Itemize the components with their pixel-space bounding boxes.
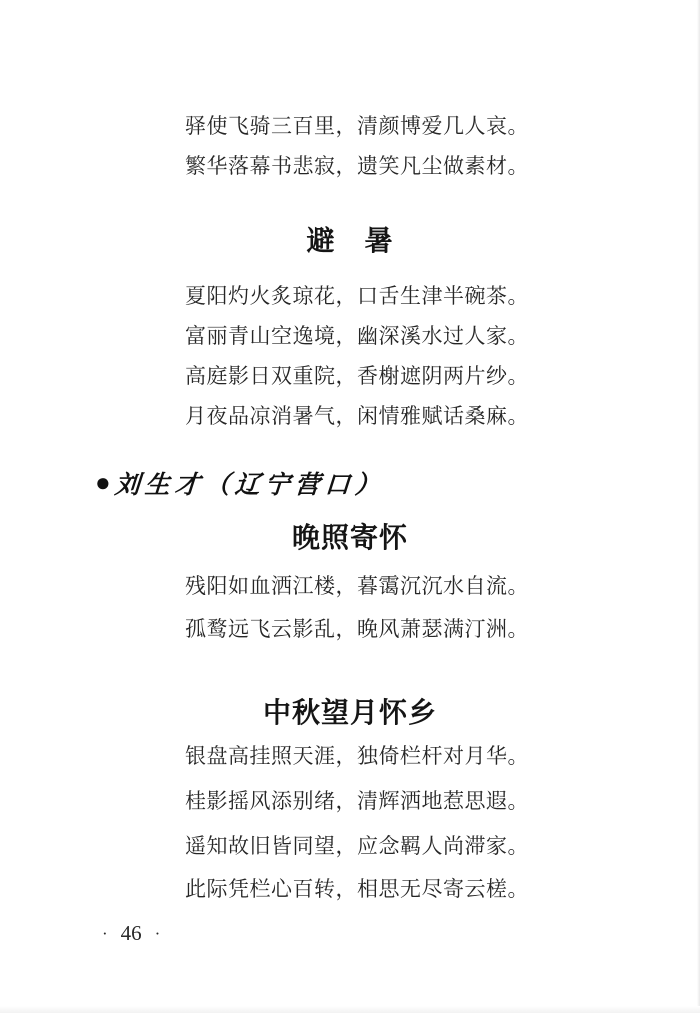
poem-line: 残阳如血洒江楼，暮霭沉沉水自流。 — [185, 572, 529, 600]
page-number: 46 — [121, 921, 142, 946]
poem-line: 月夜品凉消暑气，闲情雅赋话桑麻。 — [185, 402, 529, 430]
poem-title-zhongqiu: 中秋望月怀乡 — [0, 691, 700, 731]
author-credit: ● 刘生才（辽宁营口） — [95, 465, 385, 501]
poem-line: 桂影摇风添别绪，清辉洒地惹思遐。 — [185, 787, 529, 815]
poem-line: 遥知故旧皆同望，应念羁人尚滞家。 — [185, 832, 529, 860]
poem-line: 孤鹜远飞云影乱，晚风萧瑟满汀洲。 — [185, 615, 529, 643]
poem-line: 富丽青山空逸境，幽深溪水过人家。 — [185, 322, 529, 350]
poem-line: 高庭影日双重院，香榭遮阴两片纱。 — [185, 362, 529, 390]
poem-title-bishu: 避 暑 — [0, 219, 700, 259]
bullet-icon: ● — [95, 470, 111, 496]
poem-line: 银盘高挂照天涯，独倚栏杆对月华。 — [185, 742, 529, 770]
poem-line: 繁华落幕书悲寂，遗笑凡尘做素材。 — [185, 152, 529, 180]
scanned-book-page: 驿使飞骑三百里，清颜博爱几人哀。 繁华落幕书悲寂，遗笑凡尘做素材。 避 暑 夏阳… — [0, 0, 700, 1013]
poem-title-wanzhao: 晚照寄怀 — [0, 516, 700, 556]
footer-left-dot: · — [102, 924, 108, 944]
poem-line: 夏阳灼火炙琼花，口舌生津半碗茶。 — [185, 282, 529, 310]
poem-line: 驿使飞骑三百里，清颜博爱几人哀。 — [185, 112, 529, 140]
author-name-and-location: 刘生才（辽宁营口） — [113, 465, 386, 501]
poem-line: 此际凭栏心百转，相思无尽寄云槎。 — [185, 875, 529, 903]
footer-right-dot: · — [155, 924, 161, 944]
scan-edge-bottom — [0, 1006, 700, 1013]
page-number-footer: · 46 · — [102, 921, 160, 946]
